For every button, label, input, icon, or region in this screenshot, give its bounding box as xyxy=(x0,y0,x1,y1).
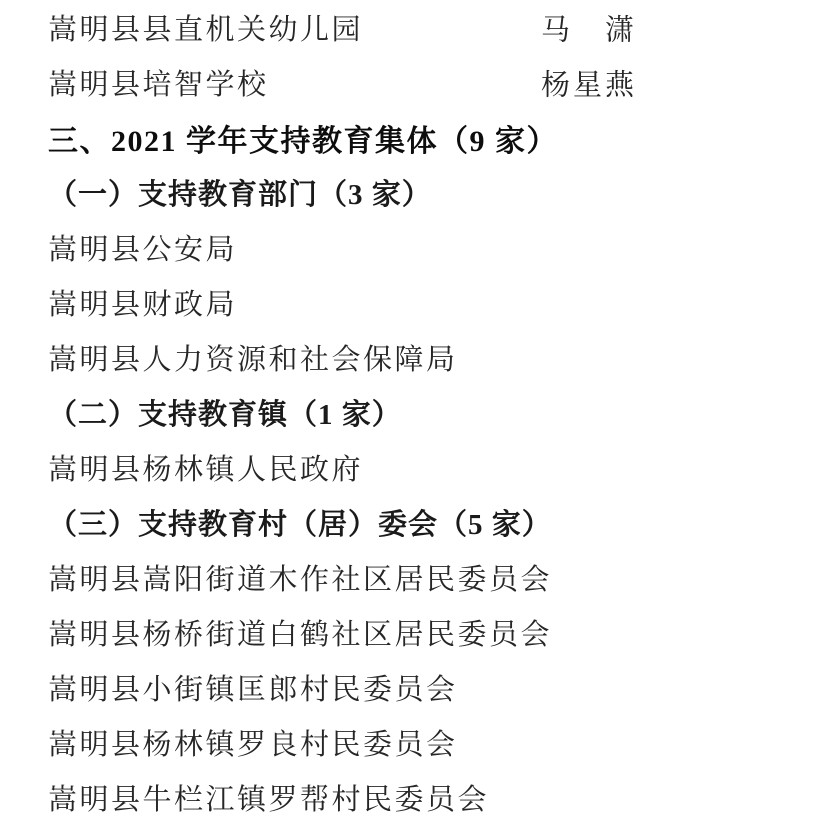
document-page: 嵩明县县直机关幼儿园 马 潇 嵩明县培智学校 杨星燕 三、2021 学年支持教育… xyxy=(0,0,834,825)
org-list-item: 嵩明县公安局 xyxy=(0,220,834,275)
award-row: 嵩明县培智学校 杨星燕 xyxy=(0,55,834,110)
subsection-heading: （二）支持教育镇（1 家） xyxy=(0,385,834,440)
award-person-name: 马 潇 xyxy=(541,7,637,48)
org-list-item: 嵩明县小街镇匡郎村民委员会 xyxy=(0,660,834,715)
award-row: 嵩明县县直机关幼儿园 马 潇 xyxy=(0,0,834,55)
org-list-item: 嵩明县杨桥街道白鹤社区居民委员会 xyxy=(0,605,834,660)
org-list-item: 嵩明县财政局 xyxy=(0,275,834,330)
org-list-item: 嵩明县人力资源和社会保障局 xyxy=(0,330,834,385)
org-list-item: 嵩明县杨林镇人民政府 xyxy=(0,440,834,495)
award-org: 嵩明县培智学校 xyxy=(48,62,269,103)
org-list-item: 嵩明县牛栏江镇罗帮村民委员会 xyxy=(0,770,834,825)
award-org: 嵩明县县直机关幼儿园 xyxy=(48,7,363,48)
section-heading: 三、2021 学年支持教育集体（9 家） xyxy=(0,110,834,165)
subsection-heading: （一）支持教育部门（3 家） xyxy=(0,165,834,220)
org-list-item: 嵩明县嵩阳街道木作社区居民委员会 xyxy=(0,550,834,605)
subsection-heading: （三）支持教育村（居）委会（5 家） xyxy=(0,495,834,550)
org-list-item: 嵩明县杨林镇罗良村民委员会 xyxy=(0,715,834,770)
award-person-name: 杨星燕 xyxy=(541,62,637,103)
